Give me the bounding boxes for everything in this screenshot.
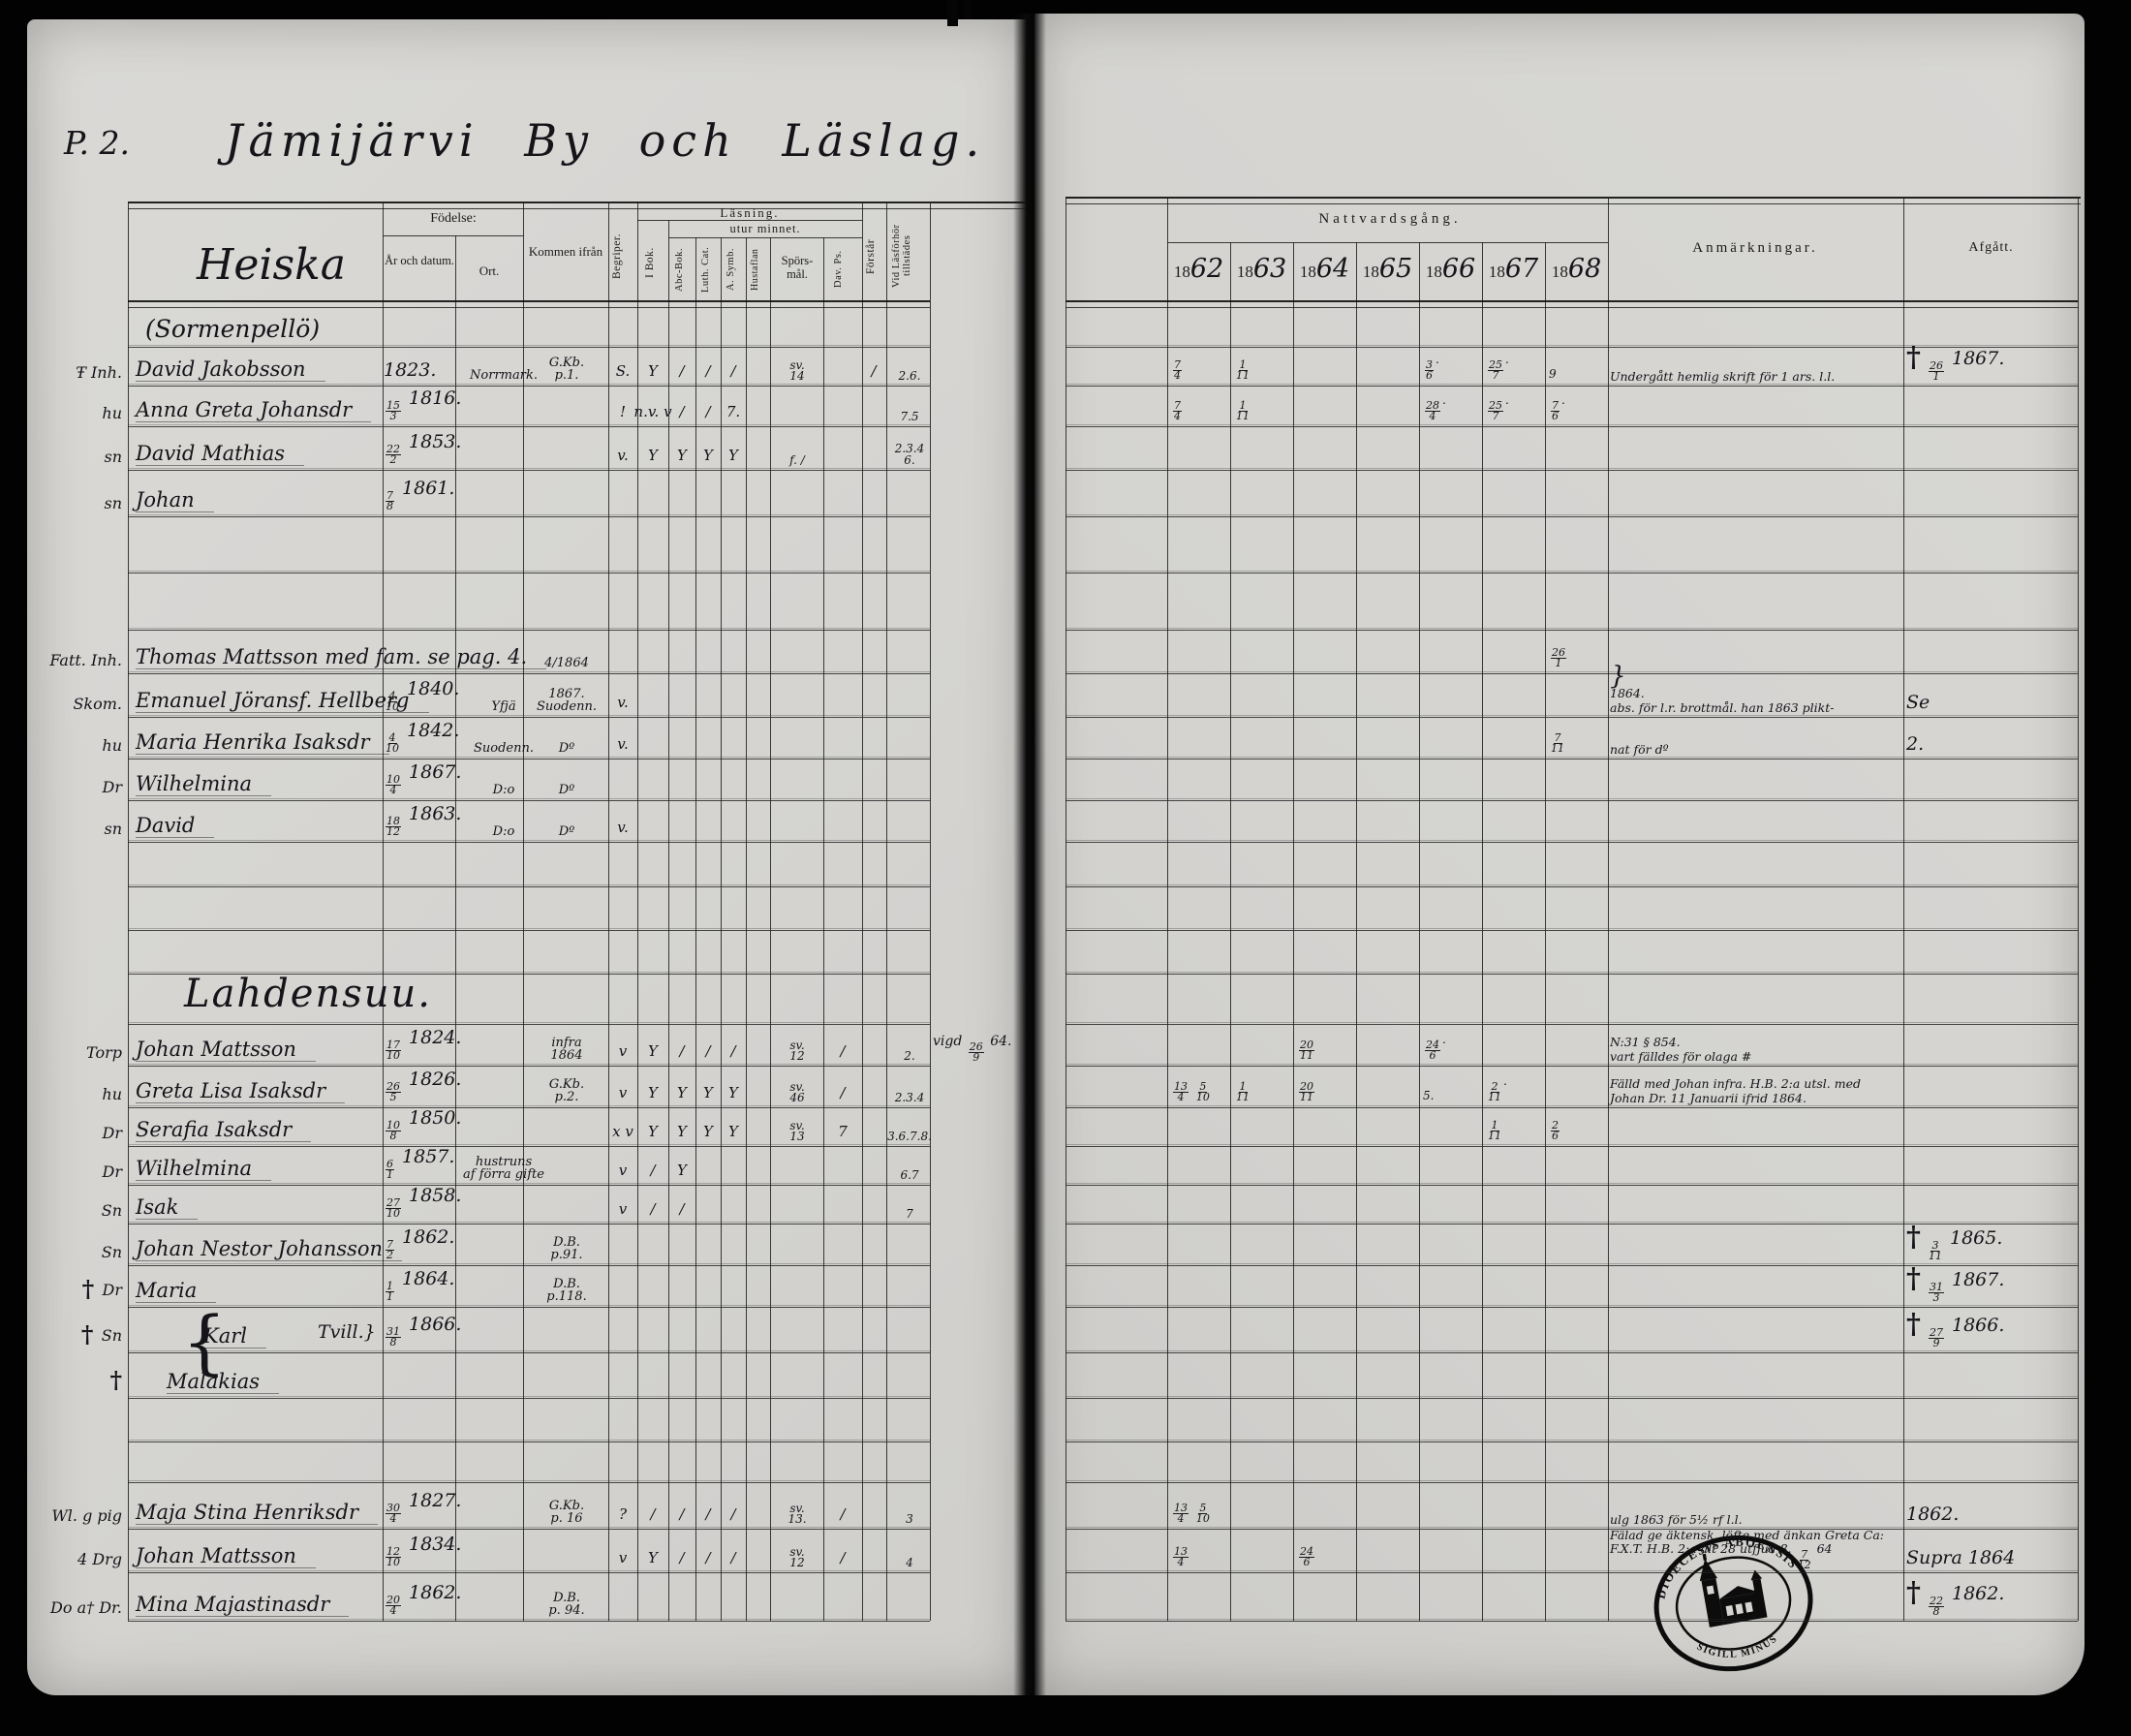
remarks-note: Fälld med Johan infra. H.B. 2:a utsl. me… (1610, 1077, 1930, 1105)
status-margin: Ŧ Inh. (27, 363, 122, 382)
remark-line: nat för dº (1610, 743, 1930, 758)
date-fraction: 153 (386, 401, 401, 421)
communion-date-1862: 134 (1171, 1539, 1190, 1567)
date-fraction: 2710 (386, 1198, 401, 1219)
text-line: p. 16 (525, 1512, 608, 1525)
ledger-row-left: Lahdensuu. (128, 974, 930, 1025)
entry-born-date: 153 1816. (384, 387, 461, 421)
remarks-note: Undergått hemlig skrift för 1 ars. l.l. (1610, 370, 1930, 385)
remarks-note: N:31 § 854.vart fälldes för olaga # (1610, 1036, 1930, 1064)
ledger-row-left: 4 DrgJohan Mattsson1210 1834.vY////sv.12… (128, 1529, 930, 1573)
date-fraction: 26 (1551, 1121, 1560, 1141)
year-header-1865: 1865 (1356, 254, 1419, 284)
ledger-row-left: Fatt. Inh.Thomas Mattsson med fam. se pa… (128, 630, 930, 674)
text-line: af förra gifte (457, 1168, 550, 1181)
reading-mark-bg: ! (620, 403, 626, 420)
entry-born-date: 1823. (384, 359, 436, 381)
marriage-note: vigd 269 64. (933, 1034, 1011, 1063)
date-fraction: 2011 (1299, 1040, 1314, 1061)
communion-date-1866: 5. (1423, 1089, 1434, 1102)
reading-mark-lu: / (705, 1549, 710, 1566)
text-line: 7 (887, 1208, 932, 1220)
page-number: P. 2. (64, 124, 130, 162)
date-fraction: 261 (1929, 361, 1944, 382)
col-header-begriper: Begriper. (612, 215, 628, 298)
reading-mark-bg: v (619, 1042, 627, 1060)
ledger-row-left: DrSerafia Isaksdr108 1850.x vYYYY7sv.133… (128, 1107, 930, 1147)
reading-mark-lu: Y (703, 1084, 713, 1101)
reading-mark-sporsmal: sv.14 (771, 360, 823, 382)
communion-date-1868: 9 (1549, 367, 1557, 381)
ledger-row-right: 7411136.257.9Undergått hemlig skrift för… (1065, 347, 2078, 387)
ledger-row-right (1065, 974, 2078, 1025)
entry-born-date: 1210 1834. (384, 1534, 461, 1567)
entry-born-date: 304 1827. (384, 1490, 461, 1524)
entry-name: Maja Stina Henriksdr (136, 1501, 378, 1525)
ledger-row-left (128, 1398, 930, 1442)
remark-line: N:31 § 854. (1610, 1036, 1930, 1050)
reading-mark-ib: Y (648, 1042, 658, 1060)
ledger-row-left (128, 886, 930, 931)
communion-date-1866: 284. (1423, 393, 1446, 421)
section-label: (Sormenpellö) (145, 315, 320, 343)
remark-line: Undergått hemlig skrift för 1 ars. l.l. (1610, 370, 1930, 385)
ledger-row-left (128, 930, 930, 975)
entry-came-from: G.Kb.p. 16 (525, 1500, 608, 1525)
status-margin: Sn (27, 1243, 122, 1261)
entry-born-date: 222 1853. (384, 431, 461, 465)
col-header-utur-minnet: utur minnet. (670, 222, 860, 236)
ledger-row-left: snDavid1812 1863.D:oDºv. (128, 800, 930, 843)
status-margin: 4 Drg (27, 1550, 122, 1568)
ledger-row-right: 134 510ulg 1863 för 5½ rf l.l.1862. (1065, 1482, 2078, 1530)
ledger-row-right (1065, 1185, 2078, 1224)
entry-came-from: infra1864 (525, 1037, 608, 1062)
ledger-row-right (1065, 1352, 2078, 1399)
status-margin: Skom. (27, 695, 122, 713)
status-margin: † Sn (27, 1320, 122, 1348)
communion-date-1866: 246. (1423, 1033, 1446, 1061)
reading-mark-dp: / (840, 1084, 845, 1101)
cross-mark: † (1906, 1220, 1921, 1253)
col-header-luth-cat: Luth. Cat. (700, 240, 716, 298)
nattvard-underline (1167, 242, 1608, 243)
ledger-row-right (1065, 800, 2078, 843)
entry-came-from: 1867.Suodenn. (525, 688, 608, 713)
reading-mark-ab: / (679, 362, 684, 380)
communion-date-1864: 2011 (1297, 1033, 1316, 1061)
ledger-row-right (1065, 930, 2078, 975)
village-section-label: Lahdensuu. (184, 972, 432, 1016)
ledger-row-left (128, 516, 930, 573)
remarks-note: nat för dº (1610, 743, 1930, 758)
reading-mark-bg: v (619, 1162, 627, 1179)
ledger-row-left: snDavid Mathias222 1853.v.YYYYf. /2.3.46… (128, 426, 930, 471)
text-line: Suodenn. (525, 700, 608, 713)
ledger-row-right: 261 (1065, 630, 2078, 674)
ledger-row-left: Skom.Emanuel Jöransf. Hellberg410 1840.Y… (128, 673, 930, 718)
ledger-row-left: huGreta Lisa Isaksdr265 1826.G.Kb.p.2.vY… (128, 1066, 930, 1108)
text-line: 3 (887, 1513, 932, 1525)
grid-line (2078, 199, 2079, 1621)
date-fraction: 1812 (386, 817, 401, 837)
margin-mark: † (109, 1366, 122, 1394)
reading-mark-lu: Y (703, 1123, 713, 1140)
reading-mark-ib: n.v. v (633, 403, 671, 420)
reading-mark-ab: / (679, 1505, 684, 1523)
ledger-row-left: DrWilhelmina104 1867.D:oDº (128, 759, 930, 801)
entry-came-from: D.B.p. 94. (525, 1592, 608, 1617)
communion-date-1862: 134 510 (1171, 1496, 1212, 1524)
col-header-ort: Ort. (457, 263, 521, 279)
ledger-row-right: † 228 1862. (1065, 1572, 2078, 1622)
reading-mark-lu: / (705, 1505, 710, 1523)
departed-date: 1862. (1906, 1503, 2079, 1525)
communion-date-1862: 74 (1171, 353, 1184, 381)
twin-note: Tvill.} (318, 1321, 376, 1343)
entry-born-date: 318 1866. (384, 1314, 461, 1348)
remarks-note: ulg 1863 för 5½ rf l.l. (1610, 1513, 1930, 1528)
ledger-row-right: † 279 1866. (1065, 1307, 2078, 1353)
remark-line: Fälad ge äktensk. löfte med änkan Greta … (1610, 1529, 1930, 1543)
entry-name: David Jakobsson (136, 357, 325, 382)
departed-date: Supra 1864 (1906, 1547, 2079, 1568)
entry-came-from: G.Kb.p.2. (525, 1078, 608, 1103)
entry-name: Johan Nestor Johansson (136, 1237, 402, 1261)
text-line: 46 (771, 1093, 823, 1103)
date-fraction: 61 (386, 1160, 394, 1180)
entry-born-date: 108 1850. (384, 1107, 461, 1141)
date-fraction: 269 (969, 1042, 984, 1063)
year-printed-prefix: 18 (1489, 263, 1505, 281)
ledger-row-left: SnIsak2710 1858.v//7 (128, 1185, 930, 1224)
text-line: p. 94. (525, 1604, 608, 1617)
ledger-row-right: 711nat för dº2. (1065, 717, 2078, 759)
entry-name: Johan (136, 488, 214, 512)
reading-mark-lu: Y (703, 447, 713, 464)
reading-mark-ib: / (650, 1162, 655, 1179)
col-header-fodelse: Födelse: (386, 211, 521, 227)
status-margin: Sn (27, 1201, 122, 1220)
year-header-1866: 1866 (1419, 254, 1482, 284)
reading-mark-bg: x v (612, 1123, 633, 1140)
ledger-row-left: (Sormenpellö) (128, 302, 930, 348)
year-header-1864: 1864 (1293, 254, 1356, 284)
ledger-row-left: huMaria Henrika Isaksdr410 1842.Suodenn.… (128, 717, 930, 759)
reading-mark-dp: 7 (838, 1123, 848, 1140)
entry-born-date: 61 1857. (384, 1146, 454, 1180)
entry-birthplace: hustrunsaf förra gifte (457, 1156, 550, 1181)
entry-born-date: 78 1861. (384, 478, 454, 511)
text-line: 12 (771, 1051, 823, 1062)
entry-came-from: 4/1864 (525, 657, 608, 669)
attendance-numbers: 2.3.46. (887, 443, 932, 466)
ruling-and-entries: P. 2. Jämijärvi By och Läslag. Heiska Fö… (0, 0, 2131, 1736)
date-fraction: 11 (386, 1282, 394, 1302)
date-fraction: 108 (386, 1121, 401, 1141)
reading-mark-ib: / (650, 1200, 655, 1218)
col-header-kommen-ifran: Kommen ifrån (523, 244, 608, 259)
entry-born-date: 72 1862. (384, 1226, 454, 1260)
text-line: 14 (771, 371, 823, 382)
ledger-row-right: 11126 (1065, 1107, 2078, 1147)
ledger-row-left: Ŧ Inh.David Jakobsson1823.Norrmark.G.Kb.… (128, 347, 930, 387)
col-header-i-bok: I Bok. (645, 228, 661, 297)
text-line: 12 (771, 1558, 823, 1568)
year-script-digits: 65 (1379, 254, 1412, 284)
date-fraction: 1710 (386, 1040, 401, 1061)
entry-came-from: Dº (525, 784, 608, 796)
reading-mark-ib: / (650, 1505, 655, 1523)
communion-date-1867: 257. (1486, 393, 1509, 421)
entry-name: Karl (203, 1324, 266, 1348)
ledger-row-left (128, 842, 930, 887)
reading-mark-ab: / (679, 1042, 684, 1060)
remark-line: vart fälldes för olaga # (1610, 1050, 1930, 1065)
text-line: 13. (771, 1514, 823, 1525)
date-fraction: 134 (1173, 1503, 1189, 1524)
year-header-1868: 1868 (1545, 254, 1608, 284)
date-fraction: 318 (386, 1327, 401, 1348)
entry-name: Wilhelmina (136, 772, 271, 796)
margin-mark: Ŧ (76, 363, 91, 382)
col-header-nattvardsgang: Nattvardsgång. (1172, 211, 1608, 228)
remark-line: Johan Dr. 11 Januarii ifrid 1864. (1610, 1092, 1930, 1106)
date-fraction: 711 (1551, 733, 1564, 754)
text-line: 1864 (525, 1049, 608, 1062)
ledger-row-right: } 1864.abs. för l.r. brottmål. han 1863 … (1065, 673, 2078, 718)
year-header-1867: 1867 (1482, 254, 1545, 284)
entry-name: Malakias (167, 1370, 279, 1394)
year-printed-prefix: 18 (1174, 263, 1190, 281)
col-header-sporsmal: Spörs-mål. (771, 254, 823, 281)
ledger-row-right (1065, 1146, 2078, 1186)
col-header-vid-lasforhor: Vid Läsförhör tillstädes (891, 211, 924, 300)
reading-mark-fs: / (871, 362, 876, 380)
date-fraction: 284 (1425, 401, 1440, 421)
col-header-dav-ps: Dav. Ps. (833, 240, 849, 298)
year-script-digits: 67 (1505, 254, 1538, 284)
reading-mark-lu: / (705, 362, 710, 380)
reading-mark-ib: Y (648, 447, 658, 464)
entry-born-date: 1812 1863. (384, 803, 461, 837)
remarks-note: Fälad ge äktensk. löfte med änkan Greta … (1610, 1529, 1930, 1571)
date-fraction: 510 (1196, 1503, 1210, 1524)
communion-date-1868: 76. (1549, 393, 1565, 421)
date-fraction: 74 (1173, 360, 1182, 381)
text-line: p.1. (525, 369, 608, 382)
text-line: 2. (887, 1050, 932, 1062)
ledger-row-right (1065, 759, 2078, 801)
date-fraction: 313 (1929, 1283, 1944, 1303)
cross-mark: † (1906, 340, 1921, 373)
remarks-note: } 1864.abs. för l.r. brottmål. han 1863 … (1610, 669, 1930, 716)
attendance-numbers: 2. (887, 1050, 932, 1062)
cross-mark: † (1906, 1575, 1921, 1608)
entry-name: Maria (136, 1279, 216, 1303)
communion-date-1863: 111 (1234, 1074, 1251, 1102)
attendance-numbers: 4 (887, 1557, 932, 1568)
remark-line: Fälld med Johan infra. H.B. 2:a utsl. me… (1610, 1077, 1930, 1092)
reading-mark-bg: S. (616, 362, 631, 380)
entry-came-from: Dº (525, 742, 608, 755)
date-fraction: 72 (386, 1240, 394, 1260)
date-fraction: 510 (1196, 1082, 1210, 1102)
status-margin: † Dr (27, 1275, 122, 1303)
entry-born-date: 410 1842. (384, 720, 459, 754)
communion-date-1867: 211. (1486, 1074, 1507, 1102)
reading-mark-ab: Y (677, 1162, 687, 1179)
ledger-row-left: † DrMaria11 1864.D.B.p.118. (128, 1265, 930, 1308)
ledger-row-left: † Sn{KarlTvill.}318 1866. (128, 1307, 930, 1353)
text-line: 4/1864 (525, 657, 608, 669)
year-printed-prefix: 18 (1237, 263, 1253, 281)
col-header-ar-och-datum: År och datum. (385, 254, 454, 267)
entry-name: Thomas Mattsson med fam. se pag. 4. (136, 645, 546, 669)
ledger-row-right (1065, 886, 2078, 931)
remark-line: ulg 1863 för 5½ rf l.l. (1610, 1513, 1930, 1528)
status-margin: Do a† Dr. (27, 1598, 122, 1617)
reading-mark-lu: / (705, 1042, 710, 1060)
reading-mark-dp: / (840, 1042, 845, 1060)
text-line: 6.7 (887, 1169, 932, 1181)
date-fraction: 279 (1929, 1328, 1944, 1348)
ledger-row-left: TorpJohan Mattsson1710 1824.infra1864vY/… (128, 1024, 930, 1067)
year-script-digits: 64 (1316, 254, 1349, 284)
reading-mark-as: Y (728, 1123, 738, 1140)
reading-mark-sporsmal: sv.13 (771, 1121, 823, 1142)
attendance-numbers: 3 (887, 1513, 932, 1525)
text-line: p.91. (525, 1249, 608, 1261)
date-fraction: 111 (1236, 401, 1250, 421)
entry-born-date: 265 1826. (384, 1069, 461, 1102)
date-fraction: 712 (1798, 1550, 1811, 1570)
reading-mark-bg: v (619, 1084, 627, 1101)
communion-date-1868: 261 (1549, 640, 1568, 668)
reading-mark-ab: Y (677, 447, 687, 464)
ledger-row-left: snJohan78 1861. (128, 470, 930, 517)
attendance-numbers: 3.6.7.8. (887, 1131, 932, 1142)
status-margin: Dr (27, 778, 122, 796)
reading-mark-ab: / (679, 403, 684, 420)
text-line: 6. (887, 454, 932, 466)
date-fraction: 134 (1173, 1082, 1189, 1102)
ledger-row-right (1065, 842, 2078, 887)
ledger-row-right (1065, 470, 2078, 517)
reading-mark-sporsmal: sv.12 (771, 1547, 823, 1568)
ledger-row-right: † 311 1865. (1065, 1224, 2078, 1266)
date-fraction: 265 (386, 1082, 401, 1102)
reading-mark-sporsmal: sv.12 (771, 1040, 823, 1062)
departed-date: † 313 1867. (1906, 1261, 2079, 1303)
date-fraction: 304 (386, 1503, 401, 1524)
communion-date-1867: 111 (1486, 1113, 1503, 1141)
ledger-row-right: 74111284.257.76. (1065, 386, 2078, 427)
departed-date: † 311 1865. (1906, 1220, 2079, 1261)
farm-name-heiska: Heiska (165, 240, 378, 290)
date-fraction: 104 (386, 775, 401, 795)
date-fraction: 257 (1488, 401, 1503, 421)
reading-mark-bg: v (619, 1200, 627, 1218)
ledger-row-right (1065, 1441, 2078, 1483)
date-fraction: 1210 (386, 1547, 401, 1567)
ledger-row-right: 134246Fälad ge äktensk. löfte med änkan … (1065, 1529, 2078, 1573)
date-fraction: 246 (1425, 1040, 1440, 1061)
date-fraction: 257 (1488, 360, 1503, 381)
departed-date: † 228 1862. (1906, 1575, 2079, 1617)
attendance-numbers: 6.7 (887, 1169, 932, 1181)
col-header-forstar: Förstår (866, 215, 881, 298)
ledger-row-left: Do a† Dr.Mina Majastinasdr204 1862.D.B.p… (128, 1572, 930, 1622)
year-script-digits: 62 (1190, 254, 1223, 284)
col-header-hustaflan: Hustaflan (750, 240, 765, 298)
table-top-rule-right (1065, 197, 2081, 204)
text-line: p.118. (525, 1290, 608, 1303)
communion-date-1864: 2011 (1297, 1074, 1316, 1102)
ledger-photo: P. 2. Jämijärvi By och Läslag. Heiska Fö… (0, 0, 2131, 1736)
entry-came-from: D.B.p.118. (525, 1278, 608, 1303)
reading-mark-ab: / (679, 1200, 684, 1218)
reading-mark-sporsmal: sv.13. (771, 1503, 823, 1525)
date-fraction: 311 (1929, 1241, 1942, 1261)
date-fraction: 204 (386, 1596, 401, 1616)
departed-date: 2. (1906, 733, 2079, 755)
ledger-row-right (1065, 516, 2078, 573)
reading-mark-bg: v. (617, 447, 628, 464)
reading-mark-ib: Y (648, 362, 658, 380)
table-top-rule-left (128, 201, 1025, 209)
text-line: 2.3.4 (887, 1092, 932, 1103)
date-fraction: 228 (1929, 1596, 1944, 1617)
ledger-row-left (128, 573, 930, 631)
status-margin: † (27, 1366, 122, 1394)
entry-name: Maria Henrika Isaksdr (136, 730, 389, 755)
date-fraction: 134 (1173, 1547, 1189, 1567)
text-line: Dº (525, 825, 608, 838)
entry-born-date: 104 1867. (384, 761, 461, 795)
date-fraction: 261 (1551, 648, 1566, 668)
date-fraction: 222 (386, 445, 401, 465)
reading-mark-sporsmal: f. / (771, 455, 823, 466)
text-line: 13 (771, 1131, 823, 1142)
text-line: 4 (887, 1557, 932, 1568)
ledger-row-left: DrWilhelmina61 1857.hustrunsaf förra gif… (128, 1146, 930, 1186)
ledger-row-right (1065, 426, 2078, 471)
status-margin: Fatt. Inh. (27, 651, 122, 669)
reading-mark-as: 7. (726, 403, 740, 420)
communion-date-1866: 36. (1423, 353, 1439, 381)
departed-date: Se (1906, 692, 2079, 713)
entry-came-from: Dº (525, 825, 608, 838)
ledger-row-right: 134 51011120115.211.Fälld med Johan infr… (1065, 1066, 2078, 1108)
ledger-row-right (1065, 573, 2078, 631)
ledger-row-right (1065, 1398, 2078, 1442)
ledger-row-left: SnJohan Nestor Johansson72 1862.D.B.p.91… (128, 1224, 930, 1266)
reading-mark-as: / (730, 362, 735, 380)
date-fraction: 111 (1236, 360, 1250, 381)
ledger-row-left: Wl. g pigMaja Stina Henriksdr304 1827.G.… (128, 1482, 930, 1530)
reading-mark-bg: v. (617, 694, 628, 711)
entry-came-from: G.Kb.p.1. (525, 356, 608, 382)
text-line: 3.6.7.8. (887, 1131, 932, 1142)
status-margin: Dr (27, 1162, 122, 1181)
text-line: 7.5 (887, 411, 932, 422)
text-line: Dº (525, 742, 608, 755)
date-fraction: 211 (1488, 1082, 1501, 1102)
entry-name: Johan Mattsson (136, 1544, 316, 1568)
entry-name: Johan Mattsson (136, 1038, 316, 1062)
entry-name: Greta Lisa Isaksdr (136, 1079, 345, 1103)
